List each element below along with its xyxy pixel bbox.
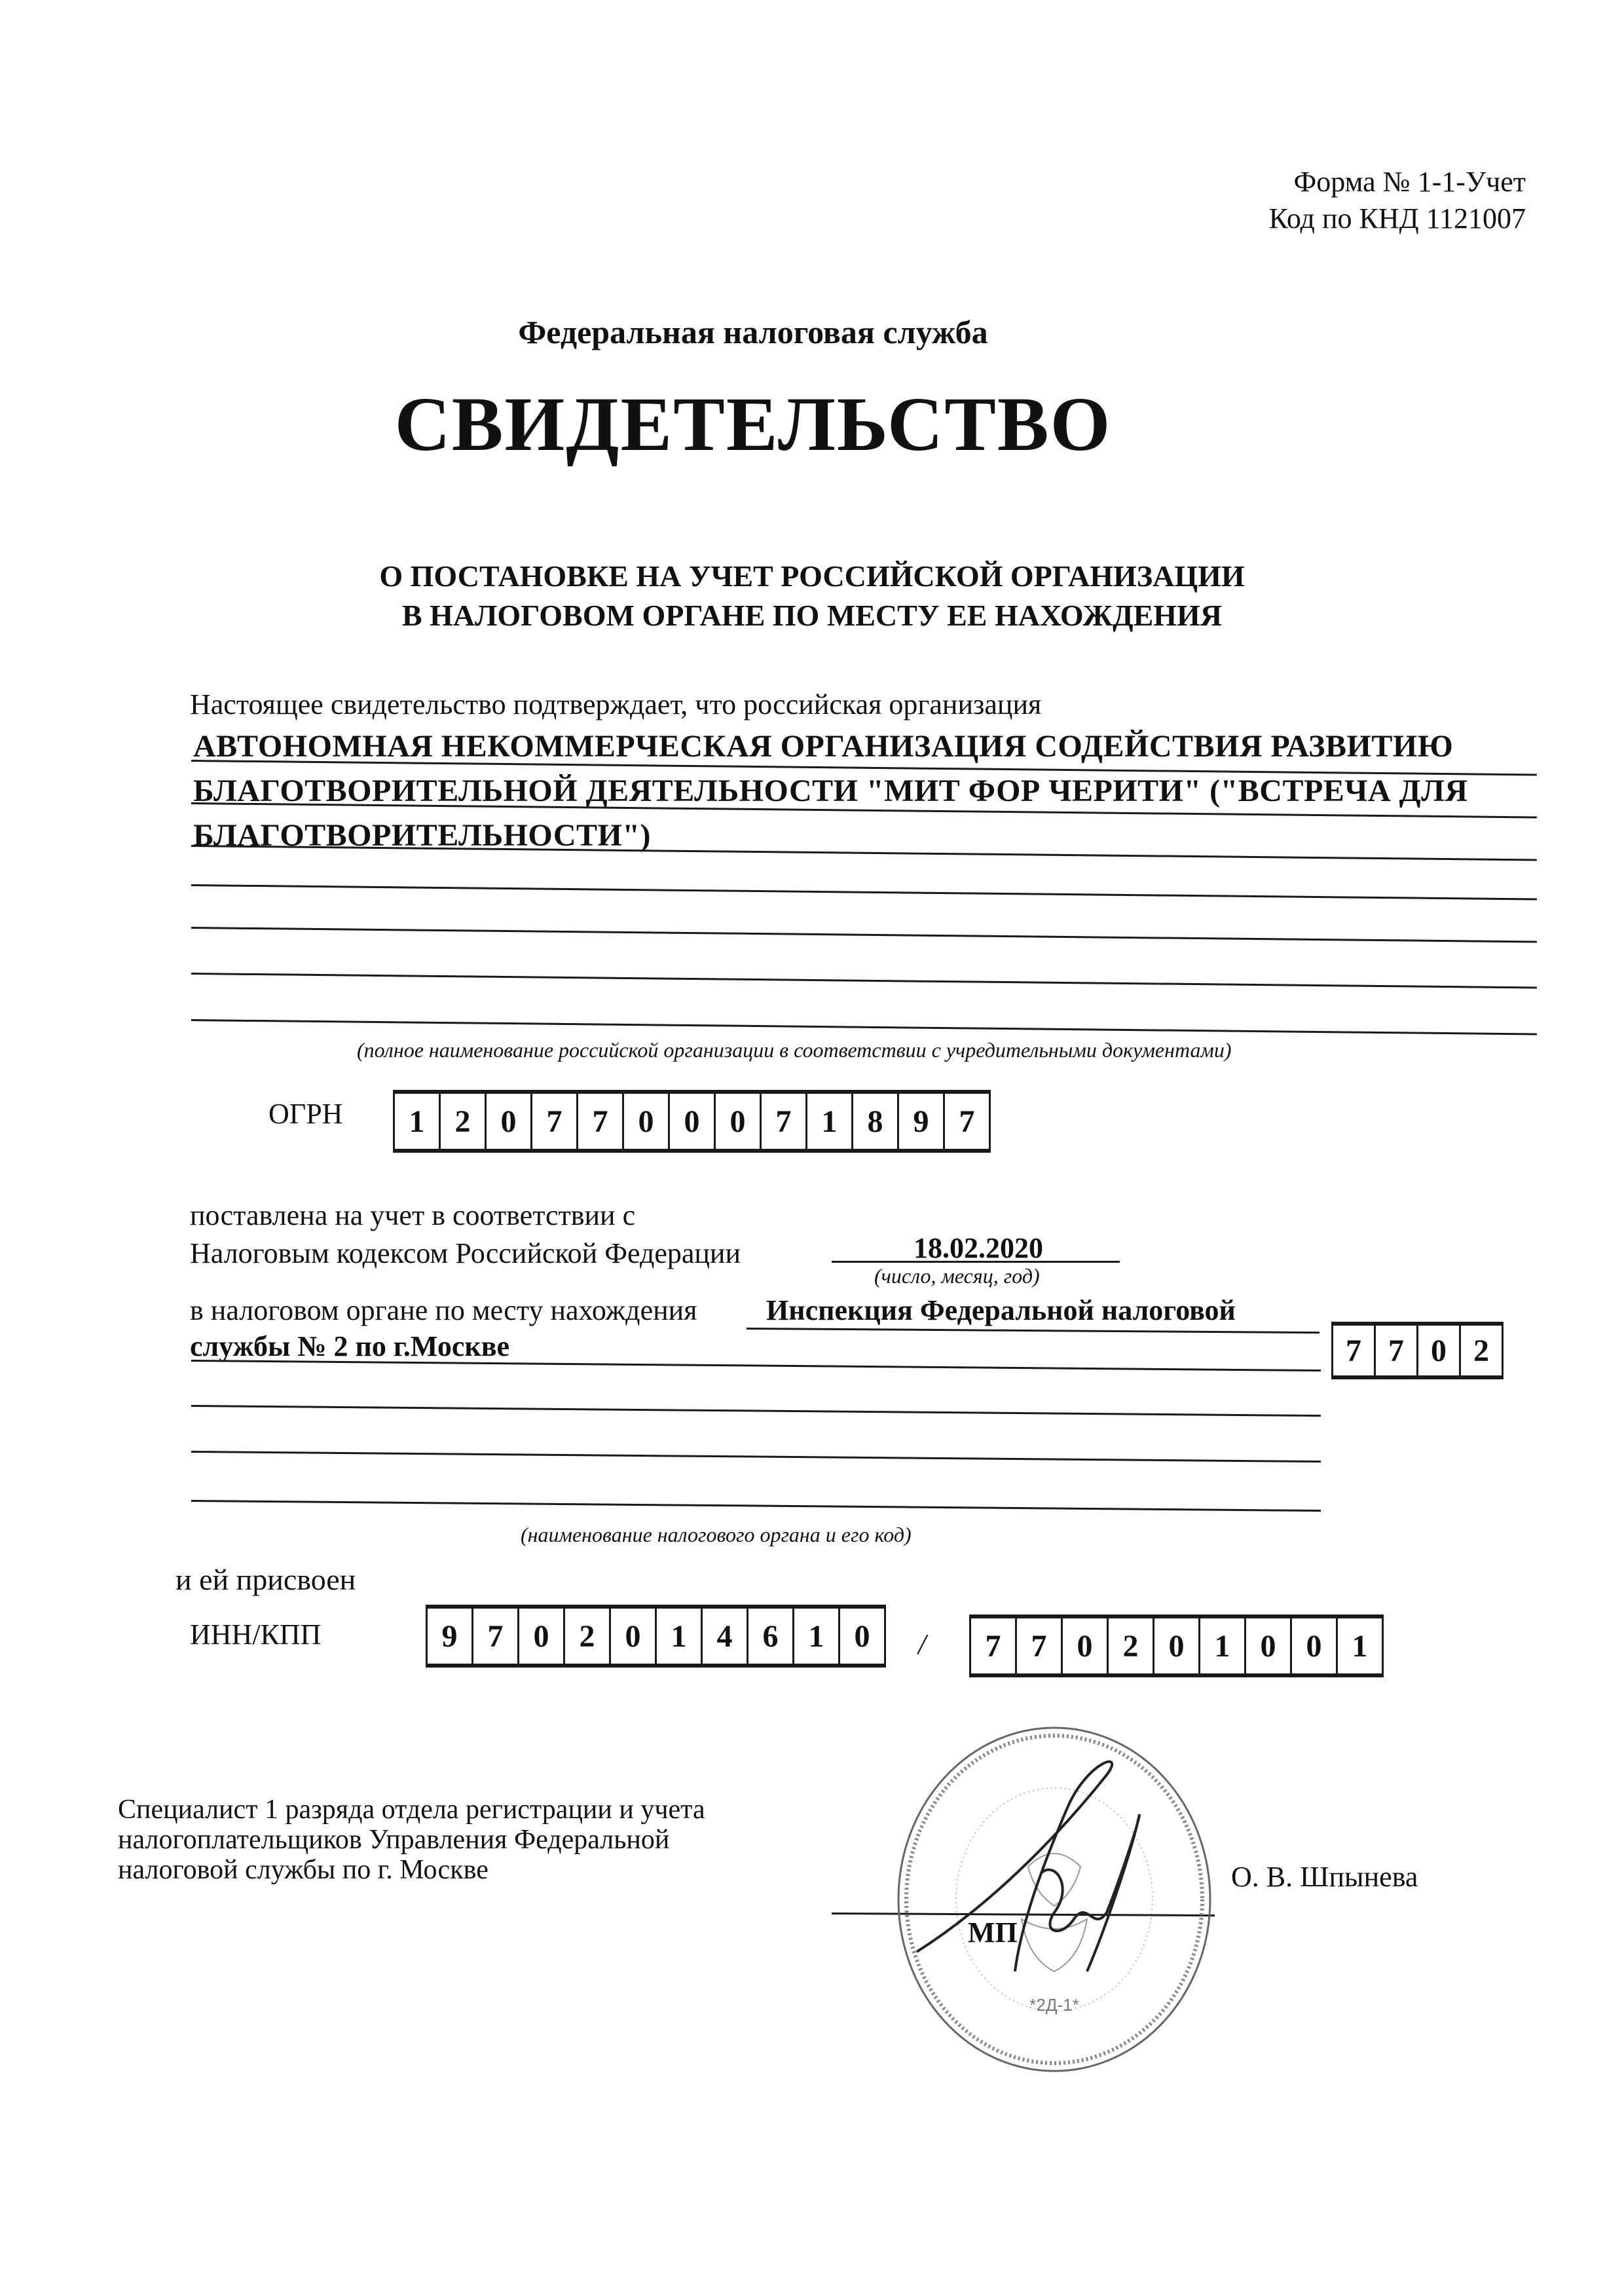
office-code-field: 7702 [1331,1322,1504,1379]
digit-cell: 2 [441,1094,487,1149]
official-name: О. В. Шпынева [1231,1860,1418,1894]
digit-cell: 0 [716,1094,762,1149]
date-underline [832,1261,1120,1263]
digit-cell: 7 [578,1094,624,1149]
inn-kpp-label: ИНН/КПП [190,1618,321,1651]
digit-cell: 0 [1418,1326,1461,1375]
digit-cell: 7 [971,1618,1017,1673]
digit-cell: 7 [532,1094,578,1149]
inn-field: 9702014610 [426,1605,886,1668]
digit-cell: 7 [473,1609,519,1664]
digit-cell: 6 [748,1609,794,1664]
org-name-hint: (полное наименование российской организа… [357,1038,1232,1062]
digit-cell: 2 [1461,1326,1502,1375]
assigned-text: и ей присвоен [175,1562,356,1597]
service-name: Федеральная налоговая служба [0,313,1506,351]
digit-cell: 0 [624,1094,670,1149]
position-line-3: налоговой службы по г. Москве [118,1855,705,1885]
registration-line-2: Налоговым кодексом Российской Федерации [190,1237,741,1270]
ogrn-label: ОГРН [268,1097,342,1130]
org-name-line-1: АВТОНОМНАЯ НЕКОММЕРЧЕСКАЯ ОРГАНИЗАЦИЯ СО… [193,728,1453,764]
intro-text: Настоящее свидетельство подтверждает, чт… [190,688,1041,721]
underline [191,1405,1321,1417]
kpp-field: 770201001 [969,1614,1384,1677]
digit-cell: 1 [807,1094,853,1149]
position-line-1: Специалист 1 разряда отдела регистрации … [118,1795,705,1825]
digit-cell: 1 [794,1609,840,1664]
document-subtitle: О ПОСТАНОВКЕ НА УЧЕТ РОССИЙСКОЙ ОРГАНИЗА… [0,557,1624,635]
registration-date: 18.02.2020 [913,1231,1043,1265]
underline [191,884,1537,901]
underline [191,1451,1321,1463]
digit-cell: 0 [519,1609,565,1664]
position-line-2: налогоплательщиков Управления Федерально… [118,1825,705,1855]
inn-kpp-separator: / [918,1628,926,1661]
date-hint: (число, месяц, год) [874,1264,1040,1288]
digit-cell: 0 [670,1094,716,1149]
digit-cell: 0 [487,1094,532,1149]
office-name-line-1: Инспекция Федеральной налоговой [766,1294,1236,1327]
office-hint: (наименование налогового органа и его ко… [521,1523,912,1547]
digit-cell: 0 [1246,1618,1292,1673]
digit-cell: 1 [1338,1618,1382,1673]
underline [747,1328,1319,1334]
seal-label: МП [968,1916,1018,1949]
digit-cell: 7 [945,1094,989,1149]
underline [191,1500,1321,1512]
signatory-position: Специалист 1 разряда отдела регистрации … [118,1795,705,1885]
registration-line-1: поставлена на учет в соответствии с [190,1199,635,1232]
digit-cell: 4 [703,1609,748,1664]
digit-cell: 7 [762,1094,807,1149]
knd-code: Код по КНД 1121007 [1269,200,1526,237]
official-stamp-icon: *2Д-1* [891,1723,1218,2076]
form-number: Форма № 1-1-Учет [1269,164,1526,200]
digit-cell: 9 [899,1094,945,1149]
digit-cell: 7 [1017,1618,1063,1673]
digit-cell: 1 [1200,1618,1246,1673]
office-name-line-2: службы № 2 по г.Москве [190,1330,509,1363]
digit-cell: 7 [1376,1326,1418,1375]
digit-cell: 1 [395,1094,441,1149]
office-prefix: в налоговом органе по месту нахождения [190,1294,697,1327]
underline [191,973,1537,989]
ogrn-field: 1207700071897 [393,1090,991,1153]
org-name-line-2: БЛАГОТВОРИТЕЛЬНОЙ ДЕЯТЕЛЬНОСТИ "МИТ ФОР … [193,773,1468,809]
subtitle-line-2: В НАЛОГОВОМ ОРГАНЕ ПО МЕСТУ ЕЕ НАХОЖДЕНИ… [0,596,1624,635]
form-code-block: Форма № 1-1-Учет Код по КНД 1121007 [1269,164,1526,237]
digit-cell: 2 [565,1609,611,1664]
svg-text:*2Д-1*: *2Д-1* [1029,1995,1079,2015]
digit-cell: 7 [1333,1326,1376,1375]
underline [191,927,1537,943]
underline [191,1019,1537,1036]
page-title: СВИДЕТЕЛЬСТВО [0,380,1506,469]
digit-cell: 0 [1292,1618,1338,1673]
digit-cell: 0 [1063,1618,1109,1673]
subtitle-line-1: О ПОСТАНОВКЕ НА УЧЕТ РОССИЙСКОЙ ОРГАНИЗА… [0,557,1624,596]
digit-cell: 0 [1154,1618,1200,1673]
underline [191,1360,1321,1371]
digit-cell: 1 [657,1609,703,1664]
digit-cell: 0 [840,1609,884,1664]
digit-cell: 2 [1109,1618,1154,1673]
digit-cell: 8 [853,1094,899,1149]
digit-cell: 9 [428,1609,473,1664]
digit-cell: 0 [611,1609,657,1664]
